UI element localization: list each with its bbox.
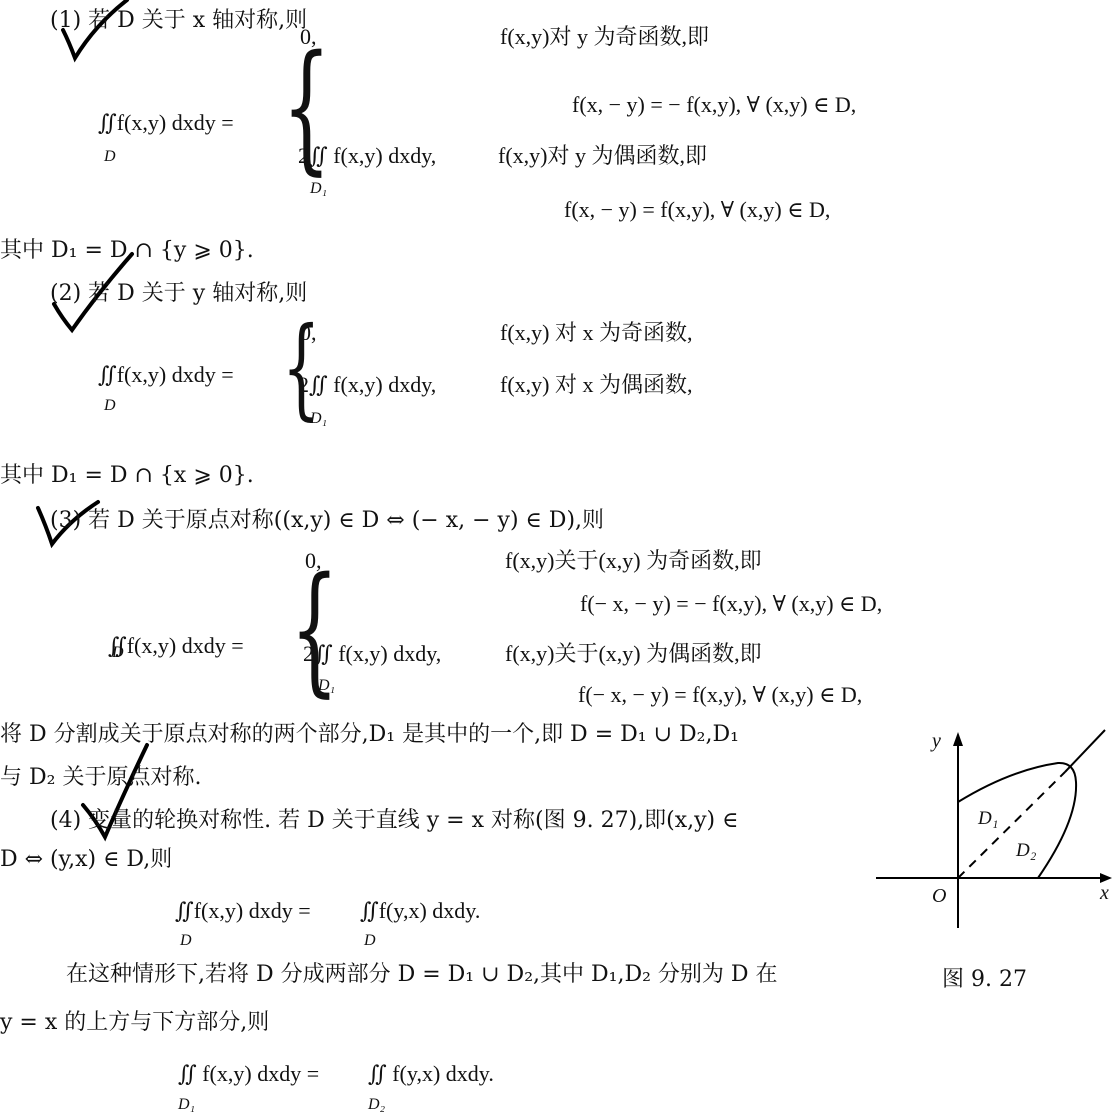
section1-where: 其中 D₁ = D ∩ {y ⩾ 0}. <box>0 238 254 264</box>
section4-heading-line2: D ⇔ (y,x) ∈ D,则 <box>0 847 172 873</box>
section1-case-two-sub: D₁ <box>310 180 327 198</box>
section1-case-two: 2∬ f(x,y) dxdy, <box>298 143 436 169</box>
section2-case-zero-cond: f(x,y) 对 x 为奇函数, <box>500 320 692 346</box>
section2-lhs: ∬f(x,y) dxdy = <box>98 362 234 388</box>
section3-case-zero-cond: f(x,y)关于(x,y) 为奇函数,即 <box>505 548 762 574</box>
section4-para-line2: y = x 的上方与下方部分,则 <box>0 1010 269 1036</box>
section1-case-zero: 0, <box>300 24 317 50</box>
section4-heading-line1: (4) 变量的轮换对称性. 若 D 关于直线 y = x 对称(图 9. 27)… <box>50 808 738 834</box>
section3-where-line1: 将 D 分割成关于原点对称的两个部分,D₁ 是其中的一个,即 D = D₁ ∪ … <box>0 722 739 748</box>
region-d2-label: D₂ <box>1016 840 1036 862</box>
section2-lhs-sub: D <box>104 397 116 415</box>
axis-x-label: x <box>1100 882 1109 905</box>
section1-case-two-cond: f(x,y)对 y 为偶函数,即 <box>498 143 707 169</box>
section4-eq2-rhs: ∬ f(y,x) dxdy. <box>368 1061 494 1087</box>
section4-eq-rhs-sub: D <box>364 932 376 950</box>
section1-lhs: ∬f(x,y) dxdy = <box>98 110 234 136</box>
section4-eq2-lhs: ∬ f(x,y) dxdy = <box>178 1061 319 1087</box>
section2-where: 其中 D₁ = D ∩ {x ⩾ 0}. <box>0 463 254 489</box>
section1-case-zero-eq: f(x, − y) = − f(x,y), ∀ (x,y) ∈ D, <box>572 92 856 118</box>
section3-case-two: 2∬ f(x,y) dxdy, <box>303 641 441 667</box>
section3-case-two-sub: D₁ <box>318 677 335 695</box>
origin-label: O <box>932 885 946 908</box>
axis-y-label: y <box>932 730 941 753</box>
section2-case-two-sub: D₁ <box>310 410 327 428</box>
section2-case-zero: 0, <box>300 320 317 346</box>
figure-9-27: y x O D₁ D₂ 图 9. 27 <box>860 700 1120 1000</box>
region-diagram <box>860 700 1120 1000</box>
section4-eq-lhs-sub: D <box>180 932 192 950</box>
section3-case-zero-eq: f(− x, − y) = − f(x,y), ∀ (x,y) ∈ D, <box>580 591 882 617</box>
section1-lhs-sub: D <box>104 148 116 166</box>
section3-case-two-eq: f(− x, − y) = f(x,y), ∀ (x,y) ∈ D, <box>578 682 862 708</box>
section1-lhs-text: ∬f(x,y) dxdy = <box>98 110 234 135</box>
section3-heading: (3) 若 D 关于原点对称((x,y) ∈ D ⇔ (− x, − y) ∈ … <box>50 508 604 534</box>
region-d1-label: D₁ <box>978 808 998 830</box>
section1-heading: (1) 若 D 关于 x 轴对称,则 <box>50 8 307 34</box>
section1-case-zero-cond: f(x,y)对 y 为奇函数,即 <box>500 24 709 50</box>
section3-case-two-cond: f(x,y)关于(x,y) 为偶函数,即 <box>505 641 762 667</box>
section4-para-line1: 在这种情形下,若将 D 分成两部分 D = D₁ ∪ D₂,其中 D₁,D₂ 分… <box>66 962 778 988</box>
section4-eq-lhs: ∬f(x,y) dxdy = <box>175 898 311 924</box>
section4-eq2-lhs-sub: D₁ <box>178 1096 195 1114</box>
section3-lhs: ∬f(x,y) dxdy = <box>108 633 244 659</box>
section4-eq-rhs: ∬f(y,x) dxdy. <box>360 898 480 924</box>
section3-lhs-sub: D <box>112 644 124 662</box>
section4-eq2-rhs-sub: D₂ <box>368 1096 385 1114</box>
section3-where-line2: 与 D₂ 关于原点对称. <box>0 765 201 791</box>
section3-case-zero: 0, <box>305 548 322 574</box>
section2-heading: (2) 若 D 关于 y 轴对称,则 <box>50 281 307 307</box>
section2-case-two-cond: f(x,y) 对 x 为偶函数, <box>500 372 692 398</box>
section2-case-two: 2∬ f(x,y) dxdy, <box>298 372 436 398</box>
figure-caption: 图 9. 27 <box>942 962 1027 993</box>
section1-case-two-eq: f(x, − y) = f(x,y), ∀ (x,y) ∈ D, <box>564 197 830 223</box>
